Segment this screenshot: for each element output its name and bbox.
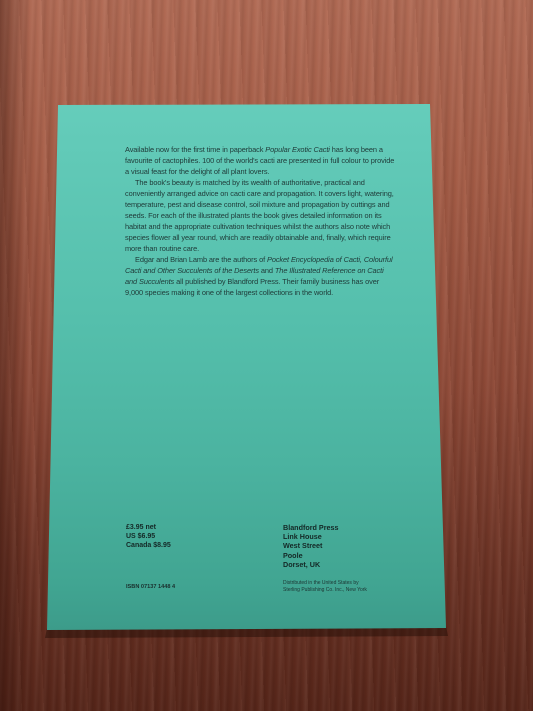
address-line-2: West Street bbox=[283, 541, 339, 550]
address-town: Poole bbox=[283, 551, 339, 560]
distribution-line-2: Sterling Publishing Co. Inc., New York bbox=[283, 587, 367, 594]
distribution-line-1: Distributed in the United States by bbox=[283, 580, 367, 587]
price-uk: £3.95 net bbox=[126, 523, 171, 532]
price-us: US $6.95 bbox=[126, 532, 171, 541]
publisher-address: Blandford Press Link House West Street P… bbox=[283, 523, 339, 569]
distribution-note: Distributed in the United States by Ster… bbox=[283, 580, 367, 594]
publisher-name: Blandford Press bbox=[283, 523, 339, 532]
book-title-italic: Popular Exotic Cacti bbox=[265, 145, 330, 154]
blurb-p1-intro: Available now for the first time in pape… bbox=[125, 145, 265, 154]
blurb-paragraph-2: The book's beauty is matched by its weal… bbox=[125, 177, 397, 254]
address-line-1: Link House bbox=[283, 532, 339, 541]
blurb-text: Available now for the first time in pape… bbox=[125, 144, 397, 298]
isbn-number: ISBN 07137 1448 4 bbox=[126, 584, 175, 590]
wood-grain-shadow bbox=[0, 0, 30, 711]
price-canada: Canada $8.95 bbox=[126, 541, 171, 550]
blurb-paragraph-1: Available now for the first time in pape… bbox=[125, 144, 397, 177]
price-block: £3.95 net US $6.95 Canada $8.95 bbox=[126, 523, 171, 550]
blurb-p3-and: and bbox=[259, 266, 275, 275]
address-county: Dorset, UK bbox=[283, 560, 339, 569]
blurb-p3-intro: Edgar and Brian Lamb are the authors of bbox=[135, 255, 267, 264]
blurb-paragraph-3: Edgar and Brian Lamb are the authors of … bbox=[125, 254, 397, 298]
